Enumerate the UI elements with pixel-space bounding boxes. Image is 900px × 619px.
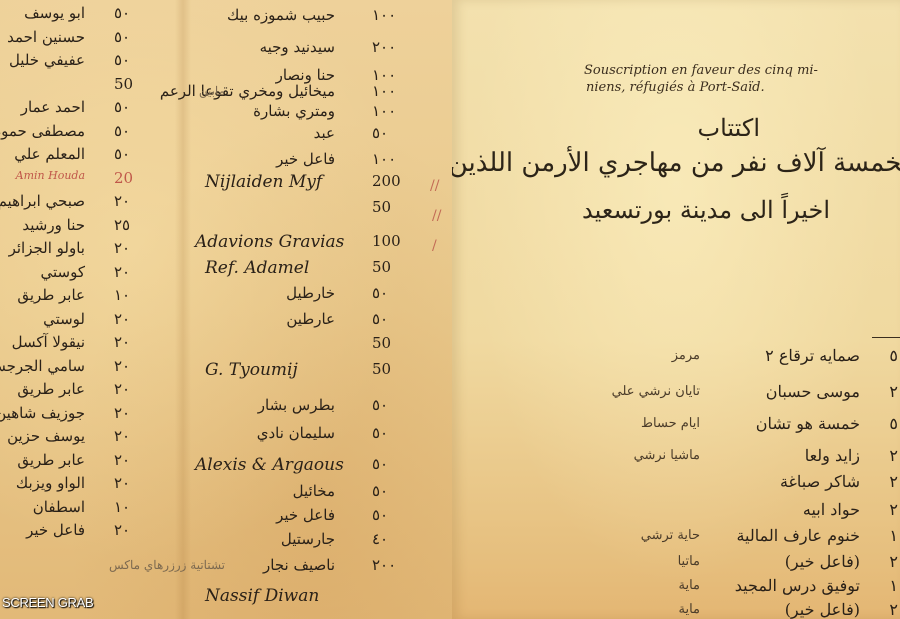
- subscriber-amount: ٢: [889, 382, 898, 401]
- subscriber-amount: ٥: [889, 346, 898, 365]
- ledger-name: نيقولا آكسل: [12, 333, 85, 351]
- ledger-note: تشتاتية زرزرهاي ماكس: [109, 558, 225, 572]
- red-tick-mark: //: [432, 208, 441, 224]
- ledger-amount: ٥٠: [372, 284, 388, 302]
- ledger-amount: ٤٠: [372, 530, 388, 548]
- ledger-amount: ٢٠: [114, 474, 130, 492]
- subscriber-name: شاكر صباغة: [780, 472, 860, 491]
- ledger-note: مابين: [199, 84, 225, 98]
- ledger-name: صبحي ابراهيم: [0, 192, 85, 210]
- ledger-amount: ٢٠: [114, 427, 130, 445]
- ledger-name: سليمان نادي: [257, 424, 335, 442]
- ledger-name: عبد: [314, 124, 335, 142]
- ledger-amount: ١٠: [114, 286, 130, 304]
- ledger-amount: ٥٠: [372, 424, 388, 442]
- red-tick-mark: //: [430, 178, 439, 194]
- subscriber-name: حواد ابيه: [803, 500, 860, 519]
- ledger-name: مخائيل: [293, 482, 335, 500]
- subscriber-name: خنوم عارف المالية: [736, 526, 860, 545]
- ledger-amount: ٥٠: [114, 145, 130, 163]
- ledger-amount: ١٠٠: [372, 102, 396, 120]
- ledger-amount: ٥٠: [372, 310, 388, 328]
- subscriber-name: زايد ولعا: [805, 446, 860, 465]
- ledger-name: خارطيل: [286, 284, 335, 302]
- ledger-amount: 20: [114, 169, 133, 187]
- ledger-amount: 50: [114, 75, 133, 93]
- ledger-name: عابر طريق: [17, 451, 85, 469]
- ledger-name: سامي الجرجس: [0, 357, 85, 375]
- arabic-title-line: اكتتاب: [698, 114, 760, 142]
- subscriber-note: ماتيا: [678, 554, 700, 569]
- ledger-name: Amin Houda: [16, 169, 85, 182]
- signature: Alexis & Argaous: [195, 455, 344, 475]
- ledger-name: المعلم علي: [14, 145, 85, 163]
- subscriber-note: مرمز: [672, 348, 700, 363]
- ledger-amount: ١٠٠: [372, 82, 396, 100]
- ledger-name: احمد عمار: [21, 98, 85, 116]
- ledger-amount: ١٠: [114, 498, 130, 516]
- ledger-amount: 200: [372, 172, 401, 190]
- ledger-name: جوزيف شاهين: [0, 404, 85, 422]
- ledger-amount: ٥٠: [372, 396, 388, 414]
- signature: Adavions Gravias: [195, 232, 344, 252]
- red-tick-mark: /: [432, 238, 437, 254]
- ledger-amount: 100: [372, 232, 401, 250]
- ink-stroke: [872, 337, 900, 338]
- subscriber-amount: ٥: [889, 414, 898, 433]
- ledger-amount: ٢٠: [114, 310, 130, 328]
- ledger-amount: ٢٠٠: [372, 38, 396, 56]
- ledger-name: ومتري بشارة: [253, 102, 335, 120]
- ledger-amount: ٢٥: [114, 216, 130, 234]
- signature: G. Tyoumij: [205, 360, 298, 380]
- ledger-amount: ٥٠: [372, 482, 388, 500]
- ledger-amount: ٥٠: [114, 28, 130, 46]
- ledger-amount: ٢٠: [114, 521, 130, 539]
- arabic-title-line: لخمسة آلاف نفر من مهاجري الأرمن اللذين و…: [452, 148, 900, 178]
- subscriber-amount: ٢: [889, 600, 898, 619]
- ledger-name: حنا ورشيد: [22, 216, 85, 234]
- subscriber-note: ماشيا نرشي: [634, 448, 700, 463]
- ledger-amount: ٢٠: [114, 192, 130, 210]
- ledger-amount: ١٠٠: [372, 6, 396, 24]
- french-header: Souscription en faveur des cinq mi- nien…: [584, 62, 818, 96]
- ledger-amount: 50: [372, 198, 391, 216]
- right-subscription-sheet: Souscription en faveur des cinq mi- nien…: [452, 0, 900, 619]
- ledger-amount: ٥٠: [372, 455, 388, 473]
- subscriber-amount: ١: [889, 526, 898, 545]
- ledger-name: الواو ويزبك: [16, 474, 85, 492]
- ledger-name: يوسف حزين: [7, 427, 85, 445]
- ledger-name: كوستي: [41, 263, 86, 281]
- subscriber-name: (فاعل خير): [785, 600, 860, 619]
- subscriber-note: حاية ترشي: [641, 528, 700, 543]
- subscriber-amount: ٢: [889, 500, 898, 519]
- ledger-name: فاعل خير: [26, 521, 85, 539]
- french-header-line: Souscription en faveur des cinq mi-: [584, 62, 818, 79]
- ledger-amount: ٢٠: [114, 333, 130, 351]
- subscriber-name: (فاعل خير): [785, 552, 860, 571]
- ledger-name: باولو الجزائر: [9, 239, 85, 257]
- ledger-amount: ٢٠: [114, 404, 130, 422]
- ledger-name: عابر طريق: [17, 380, 85, 398]
- ledger-amount: ٢٠: [114, 357, 130, 375]
- subscriber-amount: ٢: [889, 446, 898, 465]
- ledger-name: عابر طريق: [17, 286, 85, 304]
- ledger-amount: ٥٠: [114, 4, 130, 22]
- ledger-amount: ٥٠: [372, 506, 388, 524]
- ledger-name: ميخائيل ومخري تقوعا الرعم: [160, 82, 335, 100]
- french-header-line: niens, réfugiés à Port-Saïd.: [584, 79, 818, 96]
- ledger-name: حسنين احمد: [7, 28, 85, 46]
- subscriber-amount: ١: [889, 576, 898, 595]
- signature: Ref. Adamel: [205, 258, 309, 278]
- subscriber-amount: ٢: [889, 472, 898, 491]
- left-ledger-sheet: ابو يوسف٥٠حسنين احمد٥٠عفيفي خليل٥٠50احمد…: [0, 0, 452, 619]
- ledger-amount: ٢٠: [114, 451, 130, 469]
- ledger-amount: 50: [372, 334, 391, 352]
- ledger-amount: ٥٠: [114, 122, 130, 140]
- screen-grab-watermark: SCREEN GRAB: [2, 595, 93, 610]
- subscriber-name: خمسة هو تشان: [756, 414, 860, 433]
- ledger-name: حبيب شموزه بيك: [227, 6, 335, 24]
- ledger-name: فاعل خير: [276, 150, 335, 168]
- signature: Nassif Diwan: [205, 586, 319, 606]
- ledger-amount: ٢٠: [114, 263, 130, 281]
- subscriber-note: ماية: [678, 578, 700, 593]
- ledger-amount: ٢٠٠: [372, 556, 396, 574]
- ledger-amount: ٥٠: [114, 51, 130, 69]
- ledger-name: فاعل خير: [276, 506, 335, 524]
- ledger-name: ناصيف نجار: [263, 556, 335, 574]
- ledger-name: لوستي: [43, 310, 85, 328]
- ledger-amount: ٢٠: [114, 380, 130, 398]
- ledger-name: مصطفى حمودة: [0, 122, 85, 140]
- signature: Nijlaiden Myf: [205, 172, 322, 192]
- ledger-amount: ٢٠: [114, 239, 130, 257]
- ledger-amount: ٥٠: [372, 124, 388, 142]
- ledger-amount: 50: [372, 360, 391, 378]
- subscriber-note: ماية: [678, 602, 700, 617]
- ledger-name: عفيفي خليل: [9, 51, 85, 69]
- ledger-amount: 50: [372, 258, 391, 276]
- subscriber-name: صمايه ترقاع ٢: [765, 346, 860, 365]
- ledger-name: عارطين: [286, 310, 335, 328]
- ledger-name: اسطفان: [33, 498, 85, 516]
- arabic-title-line: اخيراً الى مدينة بورتسعيد: [582, 196, 830, 224]
- ledger-name: سيدنيد وجيه: [260, 38, 335, 56]
- subscriber-name: توفيق درس المجيد: [735, 576, 860, 595]
- ledger-name: بطرس بشار: [258, 396, 335, 414]
- subscriber-note: تايان نرشي علي: [612, 384, 700, 399]
- subscriber-amount: ٢: [889, 552, 898, 571]
- ledger-name: جارستيل: [281, 530, 335, 548]
- ledger-amount: ٥٠: [114, 98, 130, 116]
- subscriber-name: موسى حسبان: [766, 382, 860, 401]
- ledger-name: ابو يوسف: [24, 4, 85, 22]
- ledger-amount: ١٠٠: [372, 150, 396, 168]
- subscriber-note: ايام حساط: [641, 416, 700, 431]
